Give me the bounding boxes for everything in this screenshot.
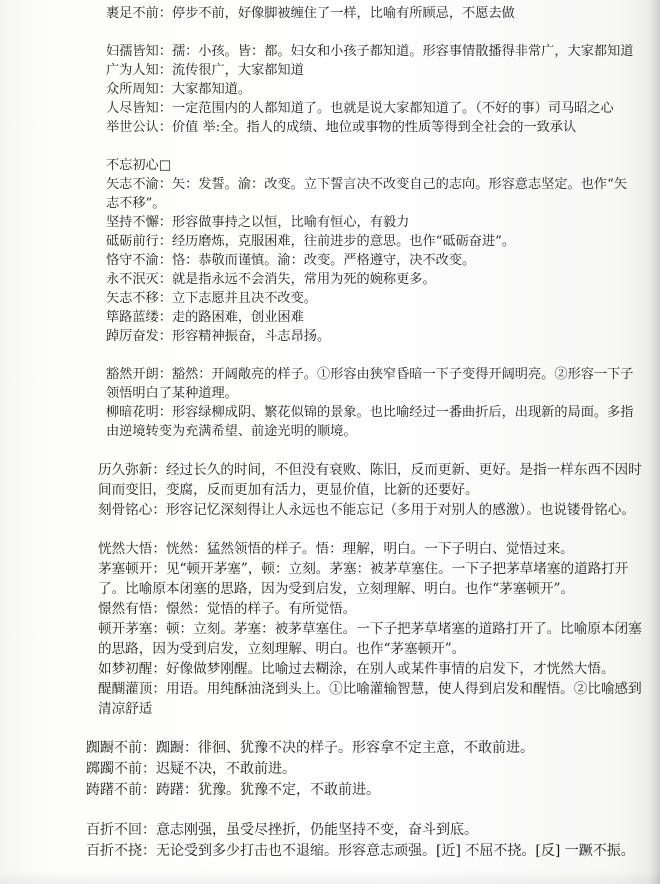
entry-continuation: 领悟明白了某种道理。 (106, 384, 654, 403)
idiom-definition: 顿：立刻。茅塞：被茅草塞住。一下子把茅草堵塞的道路打开了。比喻原本闭塞 (166, 621, 642, 637)
blank-line (106, 137, 654, 156)
idiom-term: 砥砺前行 (106, 234, 159, 249)
separator: ： (159, 367, 172, 382)
idiom-definition: 大家都知道。 (172, 82, 251, 97)
idiom-definition: 停步不前，好像脚被缠住了一样，比喻有所顾忌，不愿去做 (172, 6, 515, 21)
entry-line: 踌躇不前：踌躇：犹豫。犹豫不定，不敢前进。 (86, 780, 654, 801)
idiom-definition: 矢：发誓。渝：改变。立下誓言决不改变自己的志向。形容意志坚定。也作“矢 (172, 177, 627, 192)
entry-line: 矢志不渝：矢：发誓。渝：改变。立下誓言决不改变自己的志向。形容意志坚定。也作“矢 (106, 175, 654, 194)
idiom-definition: 形容精神振奋，斗志昂扬。 (172, 329, 330, 344)
separator: ： (159, 405, 172, 420)
idiom-term: 柳暗花明 (106, 405, 159, 420)
idiom-term: 裹足不前 (106, 6, 159, 21)
separator: ： (142, 782, 156, 798)
separator: ： (159, 177, 172, 192)
entry-line: 顿开茅塞：顿：立刻。茅塞：被茅草塞住。一下子把茅草堵塞的道路打开了。比喻原本闭塞 (98, 619, 654, 639)
entry-continuation: 了。比喻原本闭塞的思路，因为受到启发，立刻理解、明白。也作“茅塞顿开”。 (98, 579, 654, 599)
idiom-definition: 经历磨炼，克服困难，往前进步的意思。也作“砥砺奋进”。 (172, 234, 515, 249)
idiom-definition: 恪：恭敬而谨慎。渝：改变。严格遵守，决不改变。 (172, 253, 475, 268)
idiom-definition: 形容做事持之以恒，比喻有恒心，有毅力 (172, 215, 409, 230)
idiom-definition: 憬然：觉悟的样子。有所觉悟。 (166, 601, 356, 617)
idiom-definition: 价值 举:全。指人的成绩、地位或事物的性质等得到全社会的一致承认 (172, 120, 576, 135)
separator: ： (159, 253, 172, 268)
separator: ： (142, 822, 156, 838)
block-hesitation: 踟蹰不前：踟蹰：徘徊、犹豫不决的样子。形容拿不定主意，不敢前进。 踯躅不前：迟疑… (86, 738, 654, 862)
entry-line: 踟蹰不前：踟蹰：徘徊、犹豫不决的样子。形容拿不定主意，不敢前进。 (86, 738, 654, 759)
idiom-term: 茅塞顿开 (98, 561, 152, 577)
entry-line: 历久弥新：经过长久的时间，不但没有衰败、陈旧，反而更新、更好。是指一样东西不因时 (98, 460, 654, 480)
blank-line (86, 801, 654, 820)
entry-line: 举世公认：价值 举:全。指人的成绩、地位或事物的性质等得到全社会的一致承认 (106, 118, 654, 137)
idiom-term: 踯躅不前 (86, 761, 142, 777)
idiom-definition: 孺：小孩。皆：都。妇女和小孩子都知道。形容事情散播得非常广，大家都知道 (172, 44, 634, 59)
entry-line: 广为人知：流传很广，大家都知道 (106, 61, 654, 80)
idiom-definition: 恍然：猛然领悟的样子。悟：理解，明白。一下子明白、觉悟过来。 (166, 541, 574, 557)
blank-line (106, 441, 654, 460)
entry-line: 踔厉奋发：形容精神振奋，斗志昂扬。 (106, 327, 654, 346)
entry-continuation: 的思路，因为受到启发，立刻理解、明白。也作“茅塞顿开”。 (98, 639, 654, 659)
idiom-definition: 形容记忆深刻得让人永远也不能忘记（多用于对别人的感激）。也说镂骨铭心。 (166, 502, 635, 518)
idiom-term: 豁然开朗 (106, 367, 159, 382)
entry-line: 恪守不渝：恪：恭敬而谨慎。渝：改变。严格遵守，决不改变。 (106, 251, 654, 270)
idiom-definition: 踟蹰：徘徊、犹豫不决的样子。形容拿不定主意，不敢前进。 (156, 740, 534, 756)
idiom-term: 广为人知 (106, 63, 159, 78)
idiom-term: 憬然有悟 (98, 601, 152, 617)
entry-continuation: 志不移”。 (106, 194, 654, 213)
idiom-definition: 就是指永远不会消失，常用为死的婉称更多。 (172, 272, 436, 287)
idiom-term: 历久弥新 (98, 462, 152, 478)
separator: ： (159, 215, 172, 230)
separator: ： (159, 234, 172, 249)
idiom-term: 众所周知 (106, 82, 159, 97)
entry-line: 妇孺皆知：孺：小孩。皆：都。妇女和小孩子都知道。形容事情散播得非常广，大家都知道 (106, 42, 654, 61)
separator: ： (142, 843, 156, 859)
idiom-term: 矢志不移 (106, 291, 159, 306)
separator: ： (152, 621, 166, 637)
idiom-term: 百折不挠 (86, 843, 142, 859)
idiom-definition: 意志刚强，虽受尽挫折，仍能坚持不变，奋斗到底。 (156, 822, 478, 838)
idiom-term: 筚路蓝缕 (106, 310, 159, 325)
idiom-term: 百折不回 (86, 822, 142, 838)
idiom-definition: 见“顿开茅塞”，顿：立刻。茅塞：被茅草塞住。一下子把茅草堵塞的道路打开 (166, 561, 629, 577)
entry-line: 裹足不前：停步不前，好像脚被缠住了一样，比喻有所顾忌，不愿去做 (106, 4, 654, 23)
block-lasting: 历久弥新：经过长久的时间，不但没有衰败、陈旧，反而更新、更好。是指一样东西不因时… (98, 460, 654, 719)
separator: ： (159, 310, 172, 325)
separator: ： (159, 272, 172, 287)
entry-line: 憬然有悟：憬然：觉悟的样子。有所觉悟。 (98, 599, 654, 619)
entry-line: 醍醐灌顶：用语。用纯酥油浇到头上。①比喻灌输智慧，使人得到启发和醒悟。②比喻感到 (98, 679, 654, 699)
idiom-list: 裹足不前：停步不前，好像脚被缠住了一样，比喻有所顾忌，不愿去做 妇孺皆知：孺：小… (106, 4, 654, 862)
entry-line: 人尽皆知：一定范围内的人都知道了。也就是说大家都知道了。（不好的事）司马昭之心 (106, 99, 654, 118)
idiom-definition: 好像做梦刚醒。比喻过去糊涂，在别人或某件事情的启发下，才恍然大悟。 (166, 661, 615, 677)
separator: ： (152, 462, 166, 478)
idiom-definition: 形容绿柳成阴、繁花似锦的景象。也比喻经过一番曲折后，出现新的局面。多指 (172, 405, 634, 420)
entry-line: 茅塞顿开：见“顿开茅塞”，顿：立刻。茅塞：被茅草塞住。一下子把茅草堵塞的道路打开 (98, 559, 654, 579)
entry-line: 坚持不懈：形容做事持之以恒，比喻有恒心，有毅力 (106, 213, 654, 232)
entry-line: 百折不挠：无论受到多少打击也不退缩。形容意志顽强。[近] 不屈不挠。[反] 一蹶… (86, 841, 654, 862)
entry-line: 恍然大悟：恍然：猛然领悟的样子。悟：理解，明白。一下子明白、觉悟过来。 (98, 539, 654, 559)
separator: ： (159, 291, 172, 306)
idiom-definition: 迟疑不决，不敢前进。 (156, 761, 296, 777)
separator: ： (152, 502, 166, 518)
separator: ： (159, 120, 172, 135)
idiom-term: 矢志不渝 (106, 177, 159, 192)
idiom-term: 永不泯灭 (106, 272, 159, 287)
separator: ： (142, 740, 156, 756)
blank-line (106, 23, 654, 42)
blank-line (98, 520, 654, 539)
entry-line: 砥砺前行：经历磨炼，克服困难，往前进步的意思。也作“砥砺奋进”。 (106, 232, 654, 251)
idiom-term: 坚持不懈 (106, 215, 159, 230)
idiom-term: 恪守不渝 (106, 253, 159, 268)
idiom-definition: 无论受到多少打击也不退缩。形容意志顽强。[近] 不屈不挠。[反] 一蹶不振。 (156, 843, 635, 859)
separator: ： (152, 601, 166, 617)
idiom-term: 恍然大悟 (98, 541, 152, 557)
separator: ： (159, 101, 172, 116)
separator: ： (159, 6, 172, 21)
entry-continuation: 清凉舒适 (98, 699, 654, 719)
idiom-term: 妇孺皆知 (106, 44, 159, 59)
separator: ： (152, 541, 166, 557)
entry-line: 踯躅不前：迟疑不决，不敢前进。 (86, 759, 654, 780)
separator: ： (152, 661, 166, 677)
idiom-term: 踌躇不前 (86, 782, 142, 798)
idiom-definition: 立下志愿并且决不改变。 (172, 291, 317, 306)
idiom-definition: 经过长久的时间，不但没有衰败、陈旧，反而更新、更好。是指一样东西不因时 (166, 462, 642, 478)
separator: ： (152, 681, 166, 697)
idiom-definition: 走的路困难，创业困难 (172, 310, 304, 325)
idiom-definition: 用语。用纯酥油浇到头上。①比喻灌输智慧，使人得到启发和醒悟。②比喻感到 (166, 681, 642, 697)
entry-line: 百折不回：意志刚强，虽受尽挫折，仍能坚持不变，奋斗到底。 (86, 820, 654, 841)
idiom-term: 如梦初醒 (98, 661, 152, 677)
entry-line: 豁然开朗：豁然：开阔敞亮的样子。①形容由狭窄昏暗一下子变得开阔明亮。②形容一下子 (106, 365, 654, 384)
separator: ： (142, 761, 156, 777)
page-bottom-shadow (0, 870, 660, 884)
idiom-term: 人尽皆知 (106, 101, 159, 116)
section-heading: 不忘初心□ (106, 156, 654, 175)
entry-line: 筚路蓝缕：走的路困难，创业困难 (106, 308, 654, 327)
separator: ： (159, 329, 172, 344)
entry-continuation: 由逆境转变为充满希望、前途光明的顺境。 (106, 422, 654, 441)
separator: ： (159, 82, 172, 97)
idiom-definition: 一定范围内的人都知道了。也就是说大家都知道了。（不好的事）司马昭之心 (172, 101, 614, 116)
idiom-term: 举世公认 (106, 120, 159, 135)
separator: ： (159, 44, 172, 59)
idiom-term: 醍醐灌顶 (98, 681, 152, 697)
idiom-definition: 流传很广，大家都知道 (172, 63, 304, 78)
entry-line: 矢志不移：立下志愿并且决不改变。 (106, 289, 654, 308)
idiom-term: 顿开茅塞 (98, 621, 152, 637)
blank-line (106, 346, 654, 365)
idiom-term: 踔厉奋发 (106, 329, 159, 344)
idiom-definition: 豁然：开阔敞亮的样子。①形容由狭窄昏暗一下子变得开阔明亮。②形容一下子 (172, 367, 634, 382)
idiom-definition: 踌躇：犹豫。犹豫不定，不敢前进。 (156, 782, 380, 798)
idiom-term: 踟蹰不前 (86, 740, 142, 756)
separator: ： (152, 561, 166, 577)
entry-line: 刻骨铭心：形容记忆深刻得让人永远也不能忘记（多用于对别人的感激）。也说镂骨铭心。 (98, 500, 654, 520)
entry-line: 永不泯灭：就是指永远不会消失，常用为死的婉称更多。 (106, 270, 654, 289)
separator: ： (159, 63, 172, 78)
blank-line (106, 719, 654, 738)
entry-line: 柳暗花明：形容绿柳成阴、繁花似锦的景象。也比喻经过一番曲折后，出现新的局面。多指 (106, 403, 654, 422)
scanned-page: 裹足不前：停步不前，好像脚被缠住了一样，比喻有所顾忌，不愿去做 妇孺皆知：孺：小… (0, 0, 660, 884)
idiom-term: 刻骨铭心 (98, 502, 152, 518)
entry-line: 如梦初醒：好像做梦刚醒。比喻过去糊涂，在别人或某件事情的启发下，才恍然大悟。 (98, 659, 654, 679)
entry-continuation: 间而变旧，变腐，反而更加有活力，更显价值，比新的还要好。 (98, 480, 654, 500)
entry-line: 众所周知：大家都知道。 (106, 80, 654, 99)
